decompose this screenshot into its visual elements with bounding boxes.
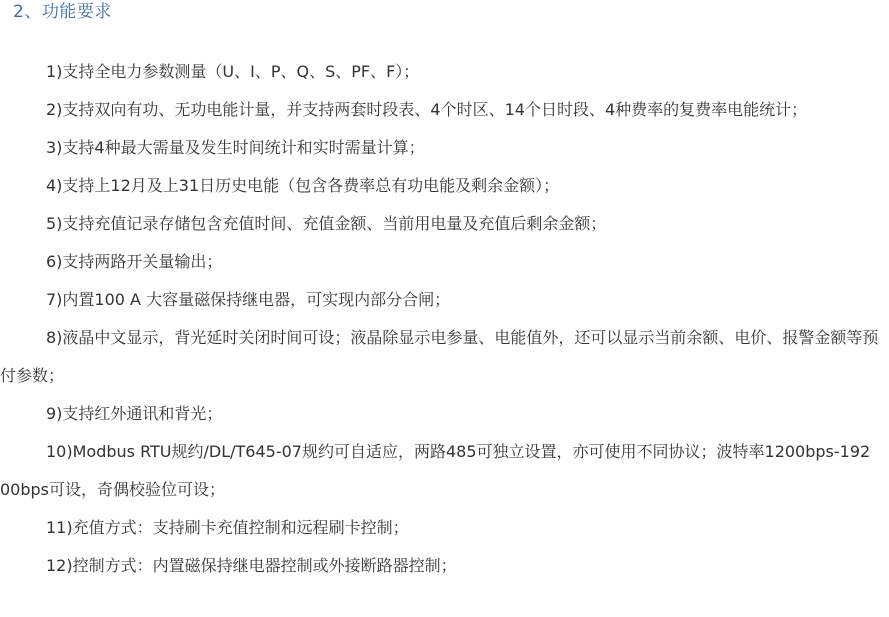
requirement-item-6: 6)支持两路开关量输出； — [0, 243, 880, 281]
requirement-item-11: 11)充值方式：支持刷卡充值控制和远程刷卡控制； — [0, 509, 880, 547]
section-heading: 2、功能要求 — [13, 0, 112, 24]
requirement-item-2: 2)支持双向有功、无功电能计量，并支持两套时段表、4个时区、14个日时段、4种费… — [0, 91, 880, 129]
requirement-item-5: 5)支持充值记录存储包含充值时间、充值金额、当前用电量及充值后剩余金额； — [0, 205, 880, 243]
requirement-item-4: 4)支持上12月及上31日历史电能（包含各费率总有功电能及剩余金额）； — [0, 167, 880, 205]
requirement-item-9: 9)支持红外通讯和背光； — [0, 395, 880, 433]
requirement-item-7: 7)内置100 A 大容量磁保持继电器，可实现内部分合闸； — [0, 281, 880, 319]
requirements-list: 1)支持全电力参数测量（U、I、P、Q、S、PF、F）； 2)支持双向有功、无功… — [0, 53, 880, 585]
requirement-item-8: 8)液晶中文显示，背光延时关闭时间可设；液晶除显示电参量、电能值外，还可以显示当… — [0, 319, 880, 395]
requirement-item-3: 3)支持4种最大需量及发生时间统计和实时需量计算； — [0, 129, 880, 167]
requirement-item-12: 12)控制方式：内置磁保持继电器控制或外接断路器控制； — [0, 547, 880, 585]
requirement-item-10: 10)Modbus RTU规约/DL/T645-07规约可自适应，两路485可独… — [0, 433, 880, 509]
requirement-item-1: 1)支持全电力参数测量（U、I、P、Q、S、PF、F）； — [0, 53, 880, 91]
